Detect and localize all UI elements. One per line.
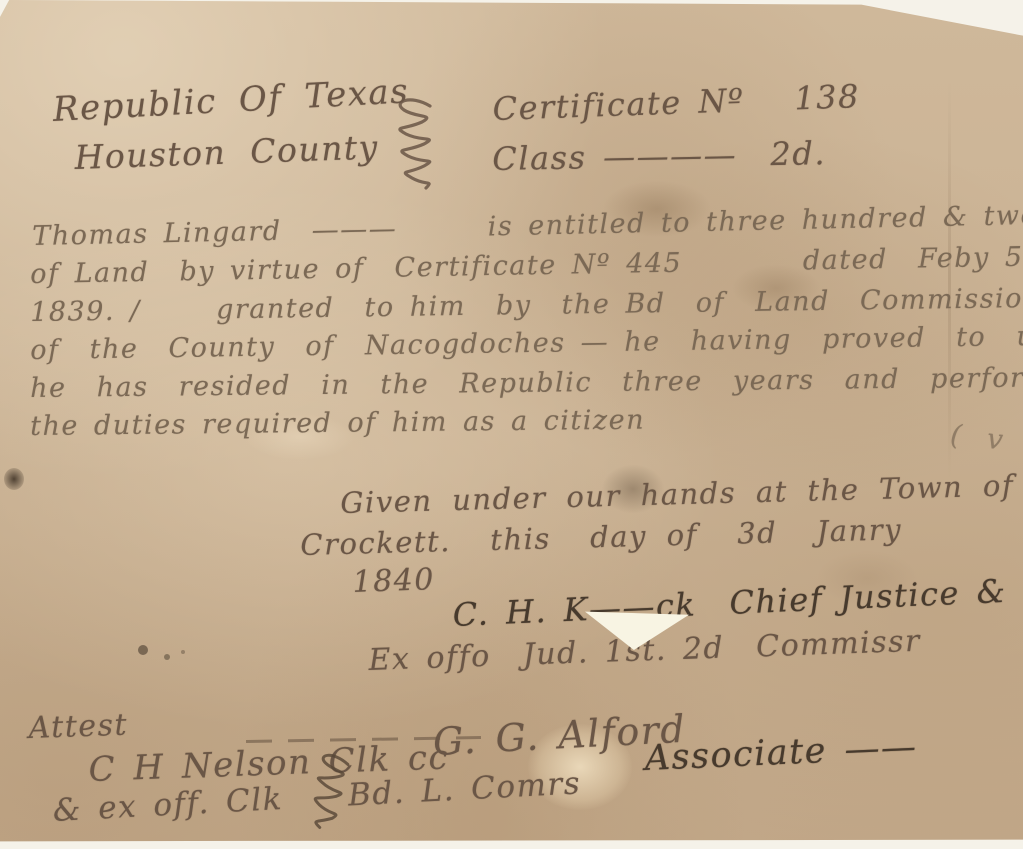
class-line: Class ———— 2d. — [492, 136, 826, 177]
body-line: the duties required of him as a citizen — [30, 406, 645, 442]
scanned-document: Republic Of Texas Houston County Certifi… — [0, 0, 1023, 849]
attest-label: Attest — [28, 709, 129, 745]
spiral-flourish-icon — [382, 96, 444, 198]
testimonium-year: 1840 — [352, 563, 435, 599]
margin-pen-mark: ( v — [949, 420, 1006, 456]
